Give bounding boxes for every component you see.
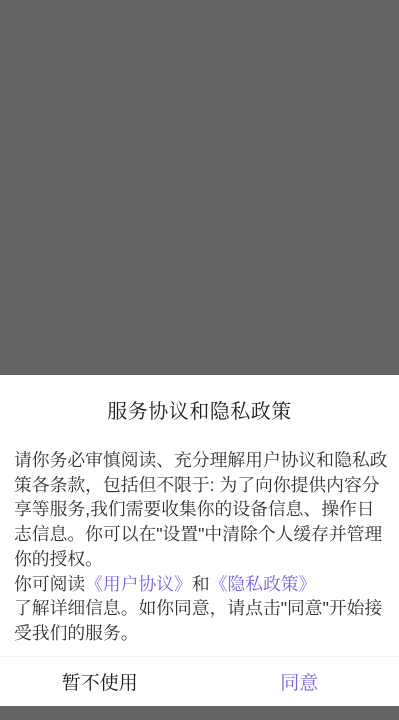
user-agreement-link[interactable]: 《用户协议》	[85, 574, 192, 594]
dimmed-background-top	[0, 0, 399, 375]
body-line-with-links: 你可阅读《用户协议》和《隐私政策》	[14, 572, 393, 597]
body-line: 志信息。你可以在"设置"中清除个人缓存并管理	[14, 522, 393, 547]
body-line: 你的授权。	[14, 547, 393, 572]
body-line: 请你务必审慎阅读、充分理解用户协议和隐私政	[14, 448, 393, 473]
app-screen: 服务协议和隐私政策 请你务必审慎阅读、充分理解用户协议和隐私政 策各条款，包括但…	[0, 0, 399, 720]
body-line: 受我们的服务。	[14, 621, 393, 646]
body-line: 享等服务,我们需要收集你的设备信息、操作日	[14, 497, 393, 522]
dialog-button-bar: 暂不使用 同意	[0, 656, 399, 706]
privacy-policy-link[interactable]: 《隐私政策》	[210, 574, 317, 594]
body-text-segment: 你可阅读	[14, 574, 85, 594]
decline-button[interactable]: 暂不使用	[0, 657, 200, 706]
body-line: 了解详细信息。如你同意，请点击"同意"开始接	[14, 596, 393, 621]
body-line: 策各条款，包括但不限于: 为了向你提供内容分	[14, 473, 393, 498]
dialog-body-text: 请你务必审慎阅读、充分理解用户协议和隐私政 策各条款，包括但不限于: 为了向你提…	[0, 448, 399, 646]
body-text-segment: 和	[192, 574, 210, 594]
dimmed-background-bottom	[0, 706, 399, 720]
privacy-policy-dialog: 服务协议和隐私政策 请你务必审慎阅读、充分理解用户协议和隐私政 策各条款，包括但…	[0, 375, 399, 706]
dialog-title: 服务协议和隐私政策	[0, 400, 399, 424]
agree-button[interactable]: 同意	[200, 657, 399, 706]
